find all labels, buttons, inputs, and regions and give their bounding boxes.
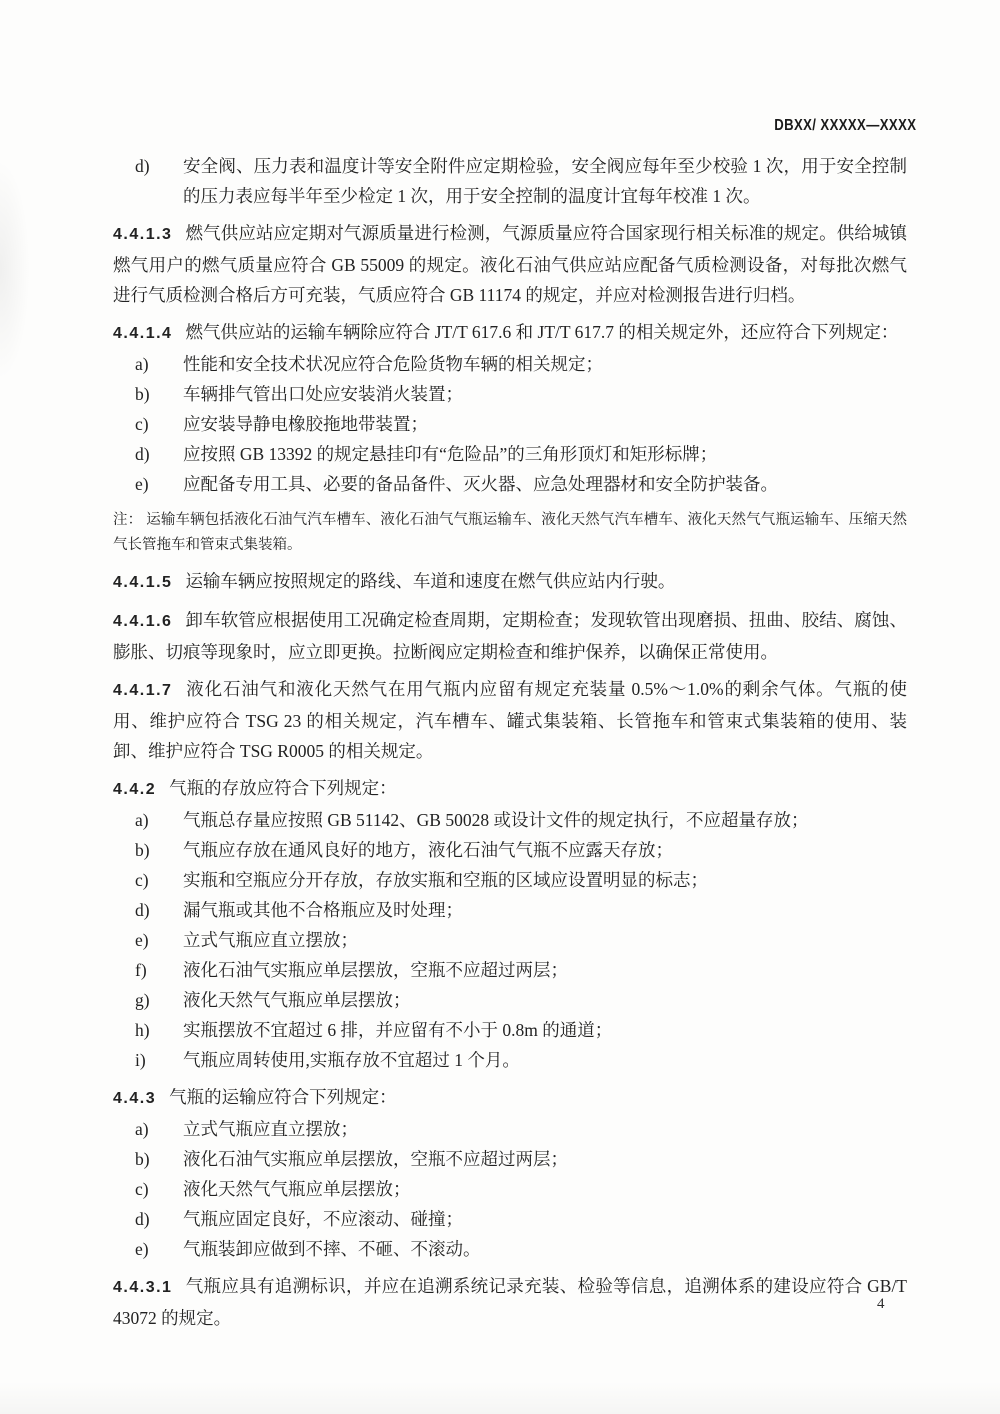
list-item-label: e) [135,925,183,955]
document-code-header: DBXX/ XXXXX—XXXX [774,117,916,135]
list-item-text: 实瓶和空瓶应分开存放，存放实瓶和空瓶的区域应设置明显的标志； [183,865,907,895]
clause-text: 气瓶应具有追溯标识，并应在追溯系统记录充装、检验等信息，追溯体系的建设应符合 G… [113,1276,907,1328]
list-item-text: 液化石油气实瓶应单层摆放，空瓶不应超过两层； [183,955,907,985]
clause-text: 卸车软管应根据使用工况确定检查周期，定期检查；发现软管出现磨损、扭曲、胶结、腐蚀… [113,610,907,662]
list-item-b: b)气瓶应存放在通风良好的地方，液化石油气气瓶不应露天存放； [113,835,907,865]
list-item-text: 气瓶总存量应按照 GB 51142、GB 50028 或设计文件的规定执行，不应… [183,805,907,835]
clause-text: 运输车辆应按照规定的路线、车道和速度在燃气供应站内行驶。 [185,571,675,591]
list-item-label: a) [135,1114,183,1144]
list-item-a: a)气瓶总存量应按照 GB 51142、GB 50028 或设计文件的规定执行，… [113,805,907,835]
list-item-text: 气瓶装卸应做到不摔、不砸、不滚动。 [183,1234,907,1264]
list-item-text: 漏气瓶或其他不合格瓶应及时处理； [183,895,907,925]
list-item-text: 安全阀、压力表和温度计等安全附件应定期检验，安全阀应每年至少校验 1 次，用于安… [183,151,907,211]
note-label: 注： [113,512,142,528]
list-item-text: 气瓶应周转使用,实瓶存放不宜超过 1 个月。 [183,1045,907,1075]
list-item-g: g)液化天然气气瓶应单层摆放； [113,985,907,1015]
list-item-label: b) [135,835,183,865]
clause-4-4-3-1: 4.4.3.1气瓶应具有追溯标识，并应在追溯系统记录充装、检验等信息，追溯体系的… [113,1271,907,1333]
clause-text: 气瓶的运输应符合下列规定： [169,1087,397,1107]
clause-4-4-1-4: 4.4.1.4燃气供应站的运输车辆除应符合 JT/T 617.6 和 JT/T … [113,317,907,349]
list-item-label: d) [135,1204,183,1234]
page-number: 4 [877,1296,885,1313]
list-item-c: c)实瓶和空瓶应分开存放，存放实瓶和空瓶的区域应设置明显的标志； [113,865,907,895]
list-item-text: 液化石油气实瓶应单层摆放，空瓶不应超过两层； [183,1144,907,1174]
clause-4-4-1-3: 4.4.1.3燃气供应站应定期对气源质量进行检测，气源质量应符合国家现行相关标准… [113,218,907,310]
list-item-a: a)性能和安全技术状况应符合危险货物车辆的相关规定； [113,349,907,379]
list-item-h: h)实瓶摆放不宜超过 6 排，并应留有不小于 0.8m 的通道； [113,1015,907,1045]
note-text: 运输车辆包括液化石油气汽车槽车、液化石油气气瓶运输车、液化天然气汽车槽车、液化天… [113,512,907,553]
list-item-i: i)气瓶应周转使用,实瓶存放不宜超过 1 个月。 [113,1045,907,1075]
list-item-text: 立式气瓶应直立摆放； [183,1114,907,1144]
document-content: d)安全阀、压力表和温度计等安全附件应定期检验，安全阀应每年至少校验 1 次，用… [113,151,907,1333]
list-item-e: e)气瓶装卸应做到不摔、不砸、不滚动。 [113,1234,907,1264]
list-item-text: 气瓶应固定良好，不应滚动、碰撞； [183,1204,907,1234]
list-item-label: a) [135,349,183,379]
clause-number: 4.4.1.7 [113,682,172,699]
list-item-label: a) [135,805,183,835]
list-item-label: e) [135,469,183,499]
list-item-text: 液化天然气气瓶应单层摆放； [183,1174,907,1204]
list-item-label: d) [135,439,183,469]
clause-text: 气瓶的存放应符合下列规定： [169,778,397,798]
clause-number: 4.4.1.5 [113,574,172,591]
clause-4-4-1-6: 4.4.1.6卸车软管应根据使用工况确定检查周期，定期检查；发现软管出现磨损、扭… [113,605,907,667]
clause-number: 4.4.3 [113,1090,156,1107]
list-item-f: f)液化石油气实瓶应单层摆放，空瓶不应超过两层； [113,955,907,985]
list-item-text: 性能和安全技术状况应符合危险货物车辆的相关规定； [183,349,907,379]
clause-4-4-3: 4.4.3气瓶的运输应符合下列规定： [113,1082,907,1114]
list-item-b: b)车辆排气管出口处应安装消火装置； [113,379,907,409]
list-item-text: 实瓶摆放不宜超过 6 排，并应留有不小于 0.8m 的通道； [183,1015,907,1045]
list-item-e: e)立式气瓶应直立摆放； [113,925,907,955]
list-item-e: e)应配备专用工具、必要的备品备件、灭火器、应急处理器材和安全防护装备。 [113,469,907,499]
list-item-label: d) [135,895,183,925]
list-item-label: c) [135,865,183,895]
list-item-label: b) [135,379,183,409]
list-item-d: d)气瓶应固定良好，不应滚动、碰撞； [113,1204,907,1234]
clause-number: 4.4.1.3 [113,226,172,243]
list-item-text: 车辆排气管出口处应安装消火装置； [183,379,907,409]
list-item-text: 立式气瓶应直立摆放； [183,925,907,955]
clause-text: 燃气供应站应定期对气源质量进行检测，气源质量应符合国家现行相关标准的规定。供给城… [113,223,907,305]
list-item-label: e) [135,1234,183,1264]
list-item-text: 气瓶应存放在通风良好的地方，液化石油气气瓶不应露天存放； [183,835,907,865]
list-item-label: h) [135,1015,183,1045]
list-item-d: d)漏气瓶或其他不合格瓶应及时处理； [113,895,907,925]
clause-number: 4.4.3.1 [113,1279,172,1296]
list-item-a: a)立式气瓶应直立摆放； [113,1114,907,1144]
clause-4-4-1-7: 4.4.1.7液化石油气和液化天然气在用气瓶内应留有规定充装量 0.5%～1.0… [113,674,907,766]
list-item-label: i) [135,1045,183,1075]
scan-smudge-bottom [0,1374,1000,1414]
clause-number: 4.4.2 [113,781,156,798]
list-item-label: g) [135,985,183,1015]
note: 注：运输车辆包括液化石油气汽车槽车、液化石油气气瓶运输车、液化天然气汽车槽车、液… [113,508,907,558]
list-item-label: b) [135,1144,183,1174]
list-item-text: 应配备专用工具、必要的备品备件、灭火器、应急处理器材和安全防护装备。 [183,469,907,499]
list-item-text: 应按照 GB 13392 的规定悬挂印有“危险品”的三角形顶灯和矩形标牌； [183,439,907,469]
list-item-label: f) [135,955,183,985]
clause-number: 4.4.1.6 [113,613,172,630]
clause-text: 液化石油气和液化天然气在用气瓶内应留有规定充装量 0.5%～1.0%的剩余气体。… [113,679,907,761]
document-page: DBXX/ XXXXX—XXXX d)安全阀、压力表和温度计等安全附件应定期检验… [0,0,1000,1414]
clause-4-4-2: 4.4.2气瓶的存放应符合下列规定： [113,773,907,805]
list-item-text: 液化天然气气瓶应单层摆放； [183,985,907,1015]
list-item-label: c) [135,409,183,439]
list-item-c: c)应安装导静电橡胶拖地带装置； [113,409,907,439]
clause-text: 燃气供应站的运输车辆除应符合 JT/T 617.6 和 JT/T 617.7 的… [185,322,898,342]
clause-number: 4.4.1.4 [113,325,172,342]
scan-smudge-left [0,160,30,380]
list-item-label: c) [135,1174,183,1204]
list-item-d: d)安全阀、压力表和温度计等安全附件应定期检验，安全阀应每年至少校验 1 次，用… [113,151,907,211]
list-item-label: d) [135,151,183,211]
list-item-text: 应安装导静电橡胶拖地带装置； [183,409,907,439]
list-item-d: d)应按照 GB 13392 的规定悬挂印有“危险品”的三角形顶灯和矩形标牌； [113,439,907,469]
list-item-b: b)液化石油气实瓶应单层摆放，空瓶不应超过两层； [113,1144,907,1174]
list-item-c: c)液化天然气气瓶应单层摆放； [113,1174,907,1204]
clause-4-4-1-5: 4.4.1.5运输车辆应按照规定的路线、车道和速度在燃气供应站内行驶。 [113,566,907,598]
